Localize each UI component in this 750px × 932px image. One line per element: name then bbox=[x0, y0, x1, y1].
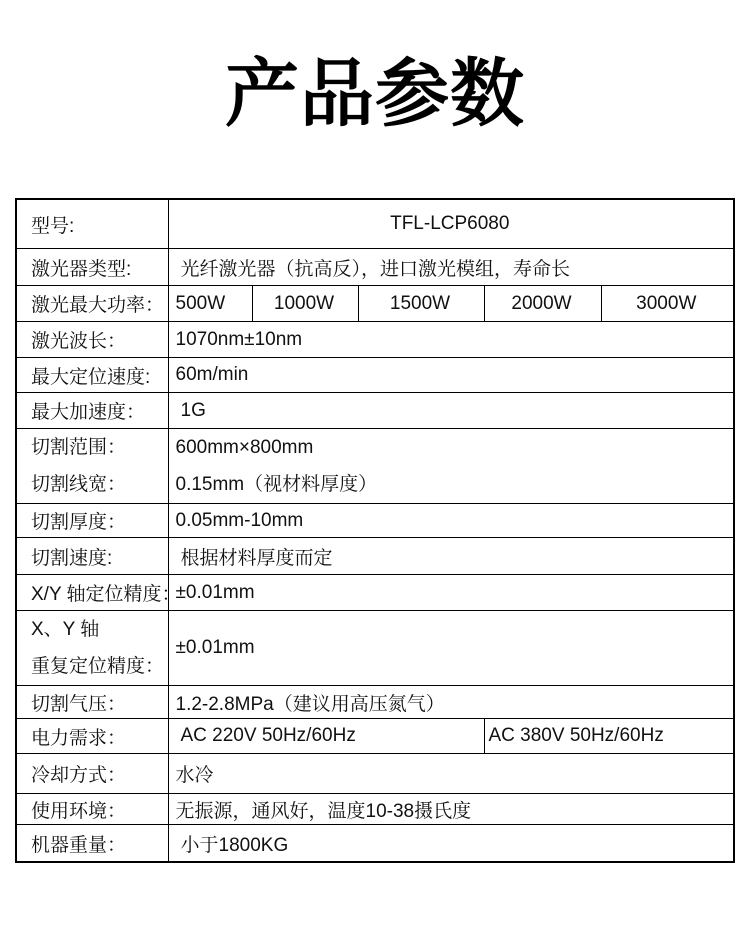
spec-label-wavelength: 激光波长： bbox=[16, 322, 168, 358]
spec-label-max-acceleration: 最大加速度： bbox=[16, 393, 168, 429]
spec-label-xy-axes: X、Y 轴 bbox=[31, 611, 164, 648]
spec-label-weight: 机器重量： bbox=[16, 825, 168, 862]
spec-label-cutting-gas-pressure: 切割气压： bbox=[16, 686, 168, 719]
spec-value-max-positioning-speed: 60m/min bbox=[168, 358, 734, 393]
spec-value-power-380v: AC 380V 50Hz/60Hz bbox=[484, 719, 734, 754]
product-spec-table: 型号: TFL-LCP6080 激光器类型: 光纤激光器（抗高反），进口激光模组… bbox=[15, 198, 735, 863]
spec-label-laser-type: 激光器类型: bbox=[16, 249, 168, 286]
spec-label-max-positioning-speed: 最大定位速度: bbox=[16, 358, 168, 393]
spec-value-cutting-line-width: 0.15mm（视材料厚度） bbox=[176, 466, 730, 503]
spec-row-power-requirement: 电力需求： AC 220V 50Hz/60Hz AC 380V 50Hz/60H… bbox=[16, 719, 734, 754]
spec-label-xy-positioning-accuracy: X/Y 轴定位精度： bbox=[16, 575, 168, 611]
spec-row-max-acceleration: 最大加速度： 1G bbox=[16, 393, 734, 429]
spec-label-cooling: 冷却方式： bbox=[16, 754, 168, 794]
spec-option-2000w: 2000W bbox=[484, 286, 601, 322]
spec-row-environment: 使用环境： 无振源，通风好，温度10-38摄氏度 bbox=[16, 794, 734, 825]
spec-option-500w: 500W bbox=[168, 286, 252, 322]
spec-row-xy-positioning-accuracy: X/Y 轴定位精度： ±0.01mm bbox=[16, 575, 734, 611]
spec-row-xy-repeat-accuracy: X、Y 轴 重复定位精度： ±0.01mm bbox=[16, 611, 734, 686]
spec-row-cutting-gas-pressure: 切割气压： 1.2-2.8MPa（建议用高压氮气） bbox=[16, 686, 734, 719]
spec-value-xy-repeat-accuracy: ±0.01mm bbox=[168, 611, 734, 686]
spec-label-power-requirement: 电力需求： bbox=[16, 719, 168, 754]
spec-label-cutting-speed: 切割速度: bbox=[16, 538, 168, 575]
spec-value-environment: 无振源，通风好，温度10-38摄氏度 bbox=[168, 794, 734, 825]
spec-row-weight: 机器重量： 小于1800KG bbox=[16, 825, 734, 862]
spec-value-xy-positioning-accuracy: ±0.01mm bbox=[168, 575, 734, 611]
spec-value-cutting-thickness: 0.05mm-10mm bbox=[168, 504, 734, 538]
spec-row-cutting-speed: 切割速度: 根据材料厚度而定 bbox=[16, 538, 734, 575]
spec-value-laser-type: 光纤激光器（抗高反），进口激光模组，寿命长 bbox=[168, 249, 734, 286]
spec-label-xy-repeat-accuracy: X、Y 轴 重复定位精度： bbox=[16, 611, 168, 686]
spec-option-1000w: 1000W bbox=[252, 286, 358, 322]
spec-value-max-acceleration: 1G bbox=[168, 393, 734, 429]
spec-option-1500w: 1500W bbox=[358, 286, 484, 322]
spec-row-cutting-thickness: 切割厚度： 0.05mm-10mm bbox=[16, 504, 734, 538]
spec-label-repeat-accuracy: 重复定位精度： bbox=[31, 648, 164, 685]
spec-value-model: TFL-LCP6080 bbox=[168, 199, 734, 249]
spec-value-cutting-range: 600mm×800mm bbox=[176, 429, 730, 466]
spec-value-wavelength: 1070nm±10nm bbox=[168, 322, 734, 358]
spec-label-model: 型号: bbox=[16, 199, 168, 249]
spec-value-cutting-gas-pressure: 1.2-2.8MPa（建议用高压氮气） bbox=[168, 686, 734, 719]
spec-label-cutting-line-width: 切割线宽： bbox=[31, 466, 164, 503]
spec-row-laser-type: 激光器类型: 光纤激光器（抗高反），进口激光模组，寿命长 bbox=[16, 249, 734, 286]
spec-row-max-power: 激光最大功率： 500W 1000W 1500W 2000W 3000W bbox=[16, 286, 734, 322]
spec-row-cooling: 冷却方式： 水冷 bbox=[16, 754, 734, 794]
spec-row-cutting-range-linewidth: 切割范围： 切割线宽： 600mm×800mm 0.15mm（视材料厚度） bbox=[16, 429, 734, 504]
spec-label-cutting-thickness: 切割厚度： bbox=[16, 504, 168, 538]
spec-row-wavelength: 激光波长： 1070nm±10nm bbox=[16, 322, 734, 358]
spec-option-3000w: 3000W bbox=[601, 286, 734, 322]
spec-value-weight: 小于1800KG bbox=[168, 825, 734, 862]
spec-value-power-220v: AC 220V 50Hz/60Hz bbox=[168, 719, 484, 754]
spec-label-max-power: 激光最大功率： bbox=[16, 286, 168, 322]
spec-value-cooling: 水冷 bbox=[168, 754, 734, 794]
spec-row-max-positioning-speed: 最大定位速度: 60m/min bbox=[16, 358, 734, 393]
spec-label-environment: 使用环境： bbox=[16, 794, 168, 825]
spec-value-cutting-range-linewidth: 600mm×800mm 0.15mm（视材料厚度） bbox=[168, 429, 734, 504]
spec-row-model: 型号: TFL-LCP6080 bbox=[16, 199, 734, 249]
spec-label-cutting-range-linewidth: 切割范围： 切割线宽： bbox=[16, 429, 168, 504]
spec-label-cutting-range: 切割范围： bbox=[31, 429, 164, 466]
spec-value-cutting-speed: 根据材料厚度而定 bbox=[168, 538, 734, 575]
page-title: 产品参数 bbox=[0, 0, 750, 134]
